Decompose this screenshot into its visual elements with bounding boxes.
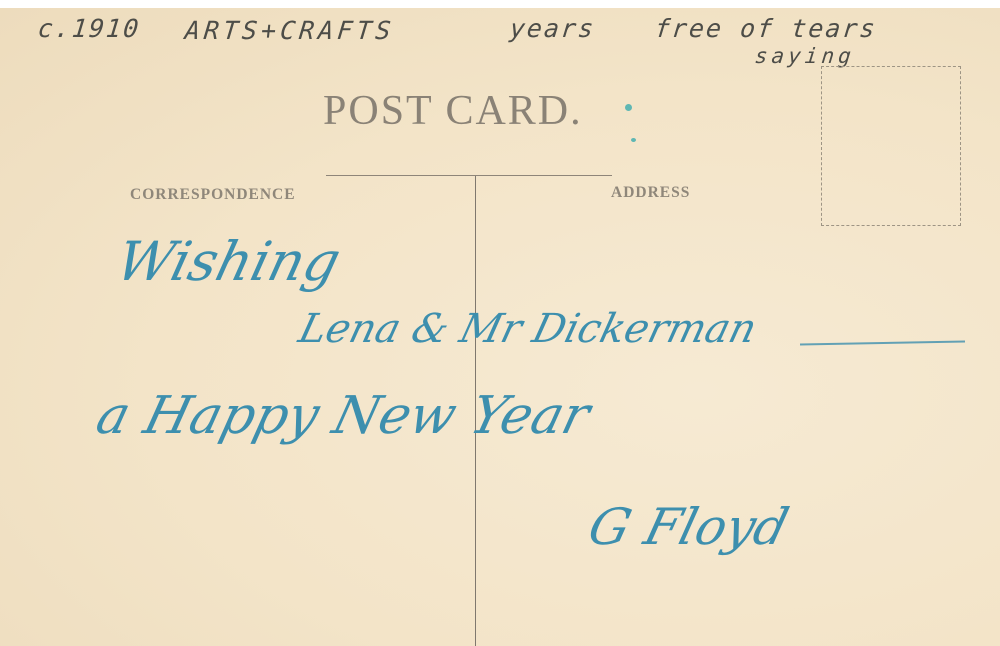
ink-spot: [631, 138, 636, 142]
message-greeting: a Happy New Year: [91, 386, 596, 446]
header-divider: [326, 175, 612, 176]
pencil-note-date: c.1910: [36, 14, 141, 43]
address-label: ADDRESS: [611, 184, 690, 202]
correspondence-label: CORRESPONDENCE: [130, 186, 296, 204]
stamp-box: [821, 66, 961, 226]
message-signature: G Floyd: [583, 498, 794, 556]
message-recipients: Lena & Mr Dickerman: [294, 306, 761, 352]
pencil-note-free-of-tears: free of tears: [653, 14, 878, 43]
postcard-back: c.1910 ARTS+CRAFTS years free of tears s…: [0, 8, 1000, 646]
ink-flourish: [800, 341, 965, 346]
ink-spot: [625, 104, 632, 111]
message-wishing: Wishing: [110, 230, 347, 293]
pencil-note-years: years: [508, 14, 596, 43]
pencil-note-saying: saying: [754, 44, 856, 68]
pencil-note-arts-crafts: ARTS+CRAFTS: [183, 16, 396, 45]
postcard-title: POST CARD.: [323, 87, 583, 135]
